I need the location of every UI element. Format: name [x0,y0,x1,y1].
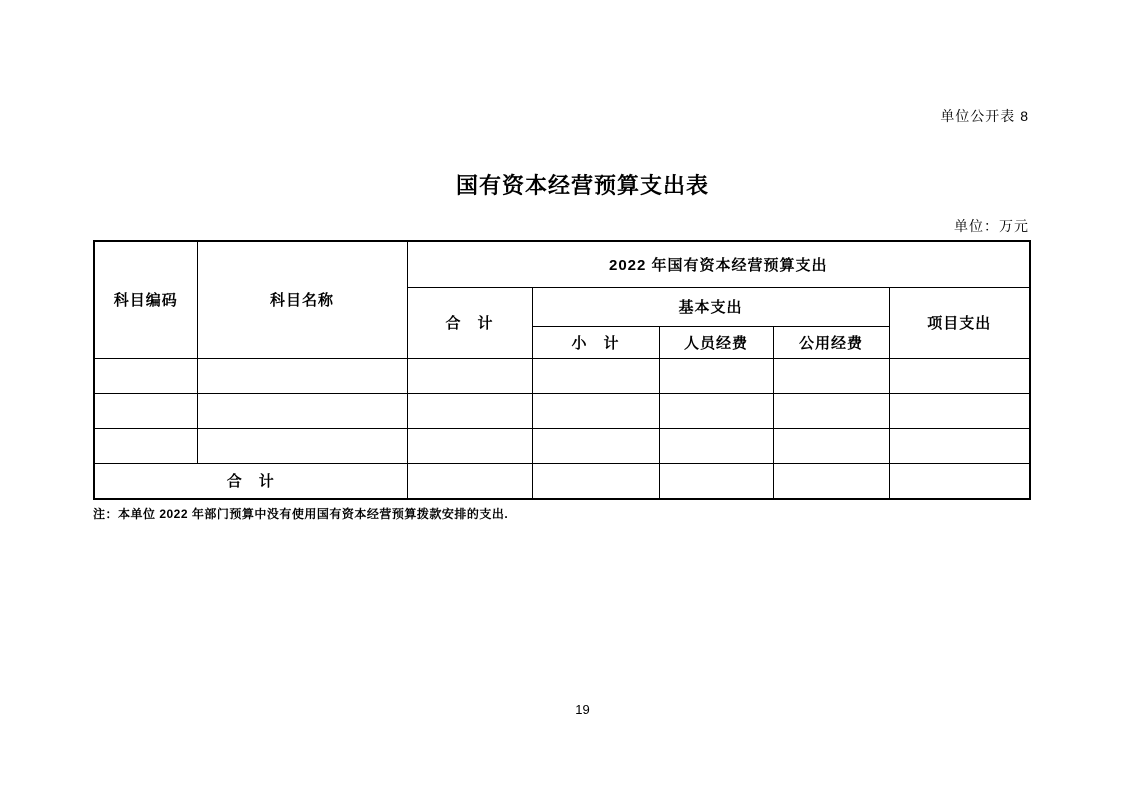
empty-cell [407,463,532,499]
footnote: 注：本单位 2022 年部门预算中没有使用国有资本经营预算拨款安排的支出. [93,505,1029,522]
header-total: 合 计 [407,287,532,358]
header-subject-code: 科目编码 [94,241,197,358]
header-year-group: 2022 年国有资本经营预算支出 [407,241,1030,287]
empty-cell [197,393,407,428]
empty-cell [889,463,1030,499]
header-basic-subtotal: 小 计 [532,326,659,358]
header-public-expense: 公用经费 [773,326,889,358]
header-project-expense: 项目支出 [889,287,1030,358]
empty-cell [94,428,197,463]
empty-cell [889,393,1030,428]
corner-table-label: 单位公开表 8 [93,106,1029,126]
unit-label: 单位：万元 [93,216,1029,236]
empty-cell [889,358,1030,393]
total-row-label: 合 计 [94,463,407,499]
empty-cell [659,463,773,499]
empty-cell [773,428,889,463]
empty-cell [773,463,889,499]
header-basic-group: 基本支出 [532,287,889,326]
empty-cell [407,358,532,393]
empty-cell [889,428,1030,463]
header-subject-name: 科目名称 [197,241,407,358]
empty-cell [532,358,659,393]
table-row [94,428,1030,463]
table-body [94,358,1030,463]
empty-cell [407,393,532,428]
table-row [94,393,1030,428]
empty-cell [197,428,407,463]
empty-cell [94,358,197,393]
empty-cell [532,428,659,463]
header-personnel-expense: 人员经费 [659,326,773,358]
document-page: 单位公开表 8 国有资本经营预算支出表 单位：万元 科目编码 科目名称 2022… [0,0,1123,794]
empty-cell [532,393,659,428]
page-number: 19 [0,702,1123,717]
empty-cell [773,393,889,428]
empty-cell [773,358,889,393]
empty-cell [659,428,773,463]
empty-cell [659,358,773,393]
budget-table: 科目编码 科目名称 2022 年国有资本经营预算支出 合 计 基本支出 项目支出… [93,240,1031,500]
table-header: 科目编码 科目名称 2022 年国有资本经营预算支出 合 计 基本支出 项目支出… [94,241,1030,358]
page-title: 国有资本经营预算支出表 [0,169,1123,200]
total-row: 合 计 [94,463,1030,499]
empty-cell [532,463,659,499]
table-footer: 合 计 [94,463,1030,499]
empty-cell [407,428,532,463]
empty-cell [659,393,773,428]
empty-cell [94,393,197,428]
empty-cell [197,358,407,393]
table-row [94,358,1030,393]
